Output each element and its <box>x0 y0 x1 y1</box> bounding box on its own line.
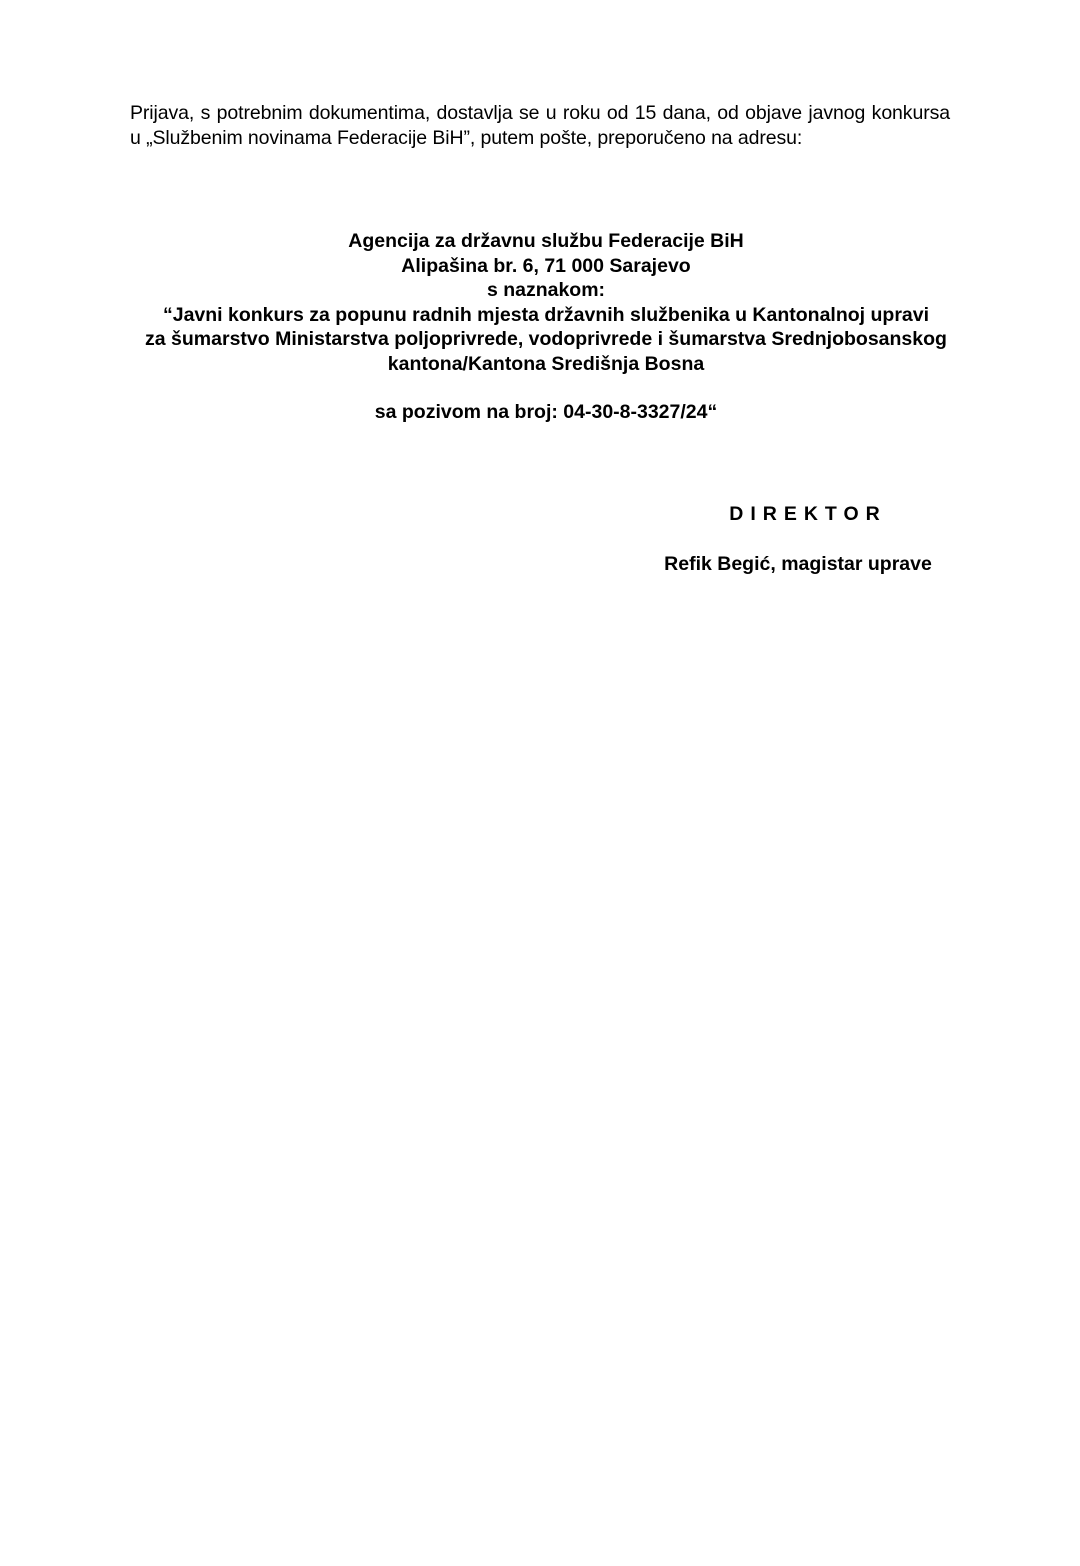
reference-number: sa pozivom na broj: 04-30-8-3327/24“ <box>100 400 992 424</box>
subject-line-2: za šumarstvo Ministarstva poljoprivrede,… <box>100 327 992 352</box>
marking-label: s naznakom: <box>100 278 992 303</box>
signatory-name: Refik Begić, magistar uprave <box>640 552 956 576</box>
agency-name: Agencija za državnu službu Federacije Bi… <box>100 229 992 254</box>
address-block: Agencija za državnu službu Federacije Bi… <box>100 229 992 376</box>
signature-title: DIREKTOR <box>640 502 976 526</box>
subject-line-3: kantona/Kantona Središnja Bosna <box>100 352 992 377</box>
intro-paragraph: Prijava, s potrebnim dokumentima, dostav… <box>130 101 950 151</box>
subject-line-1: “Javni konkurs za popunu radnih mjesta d… <box>100 303 992 328</box>
agency-street-address: Alipašina br. 6, 71 000 Sarajevo <box>100 254 992 279</box>
